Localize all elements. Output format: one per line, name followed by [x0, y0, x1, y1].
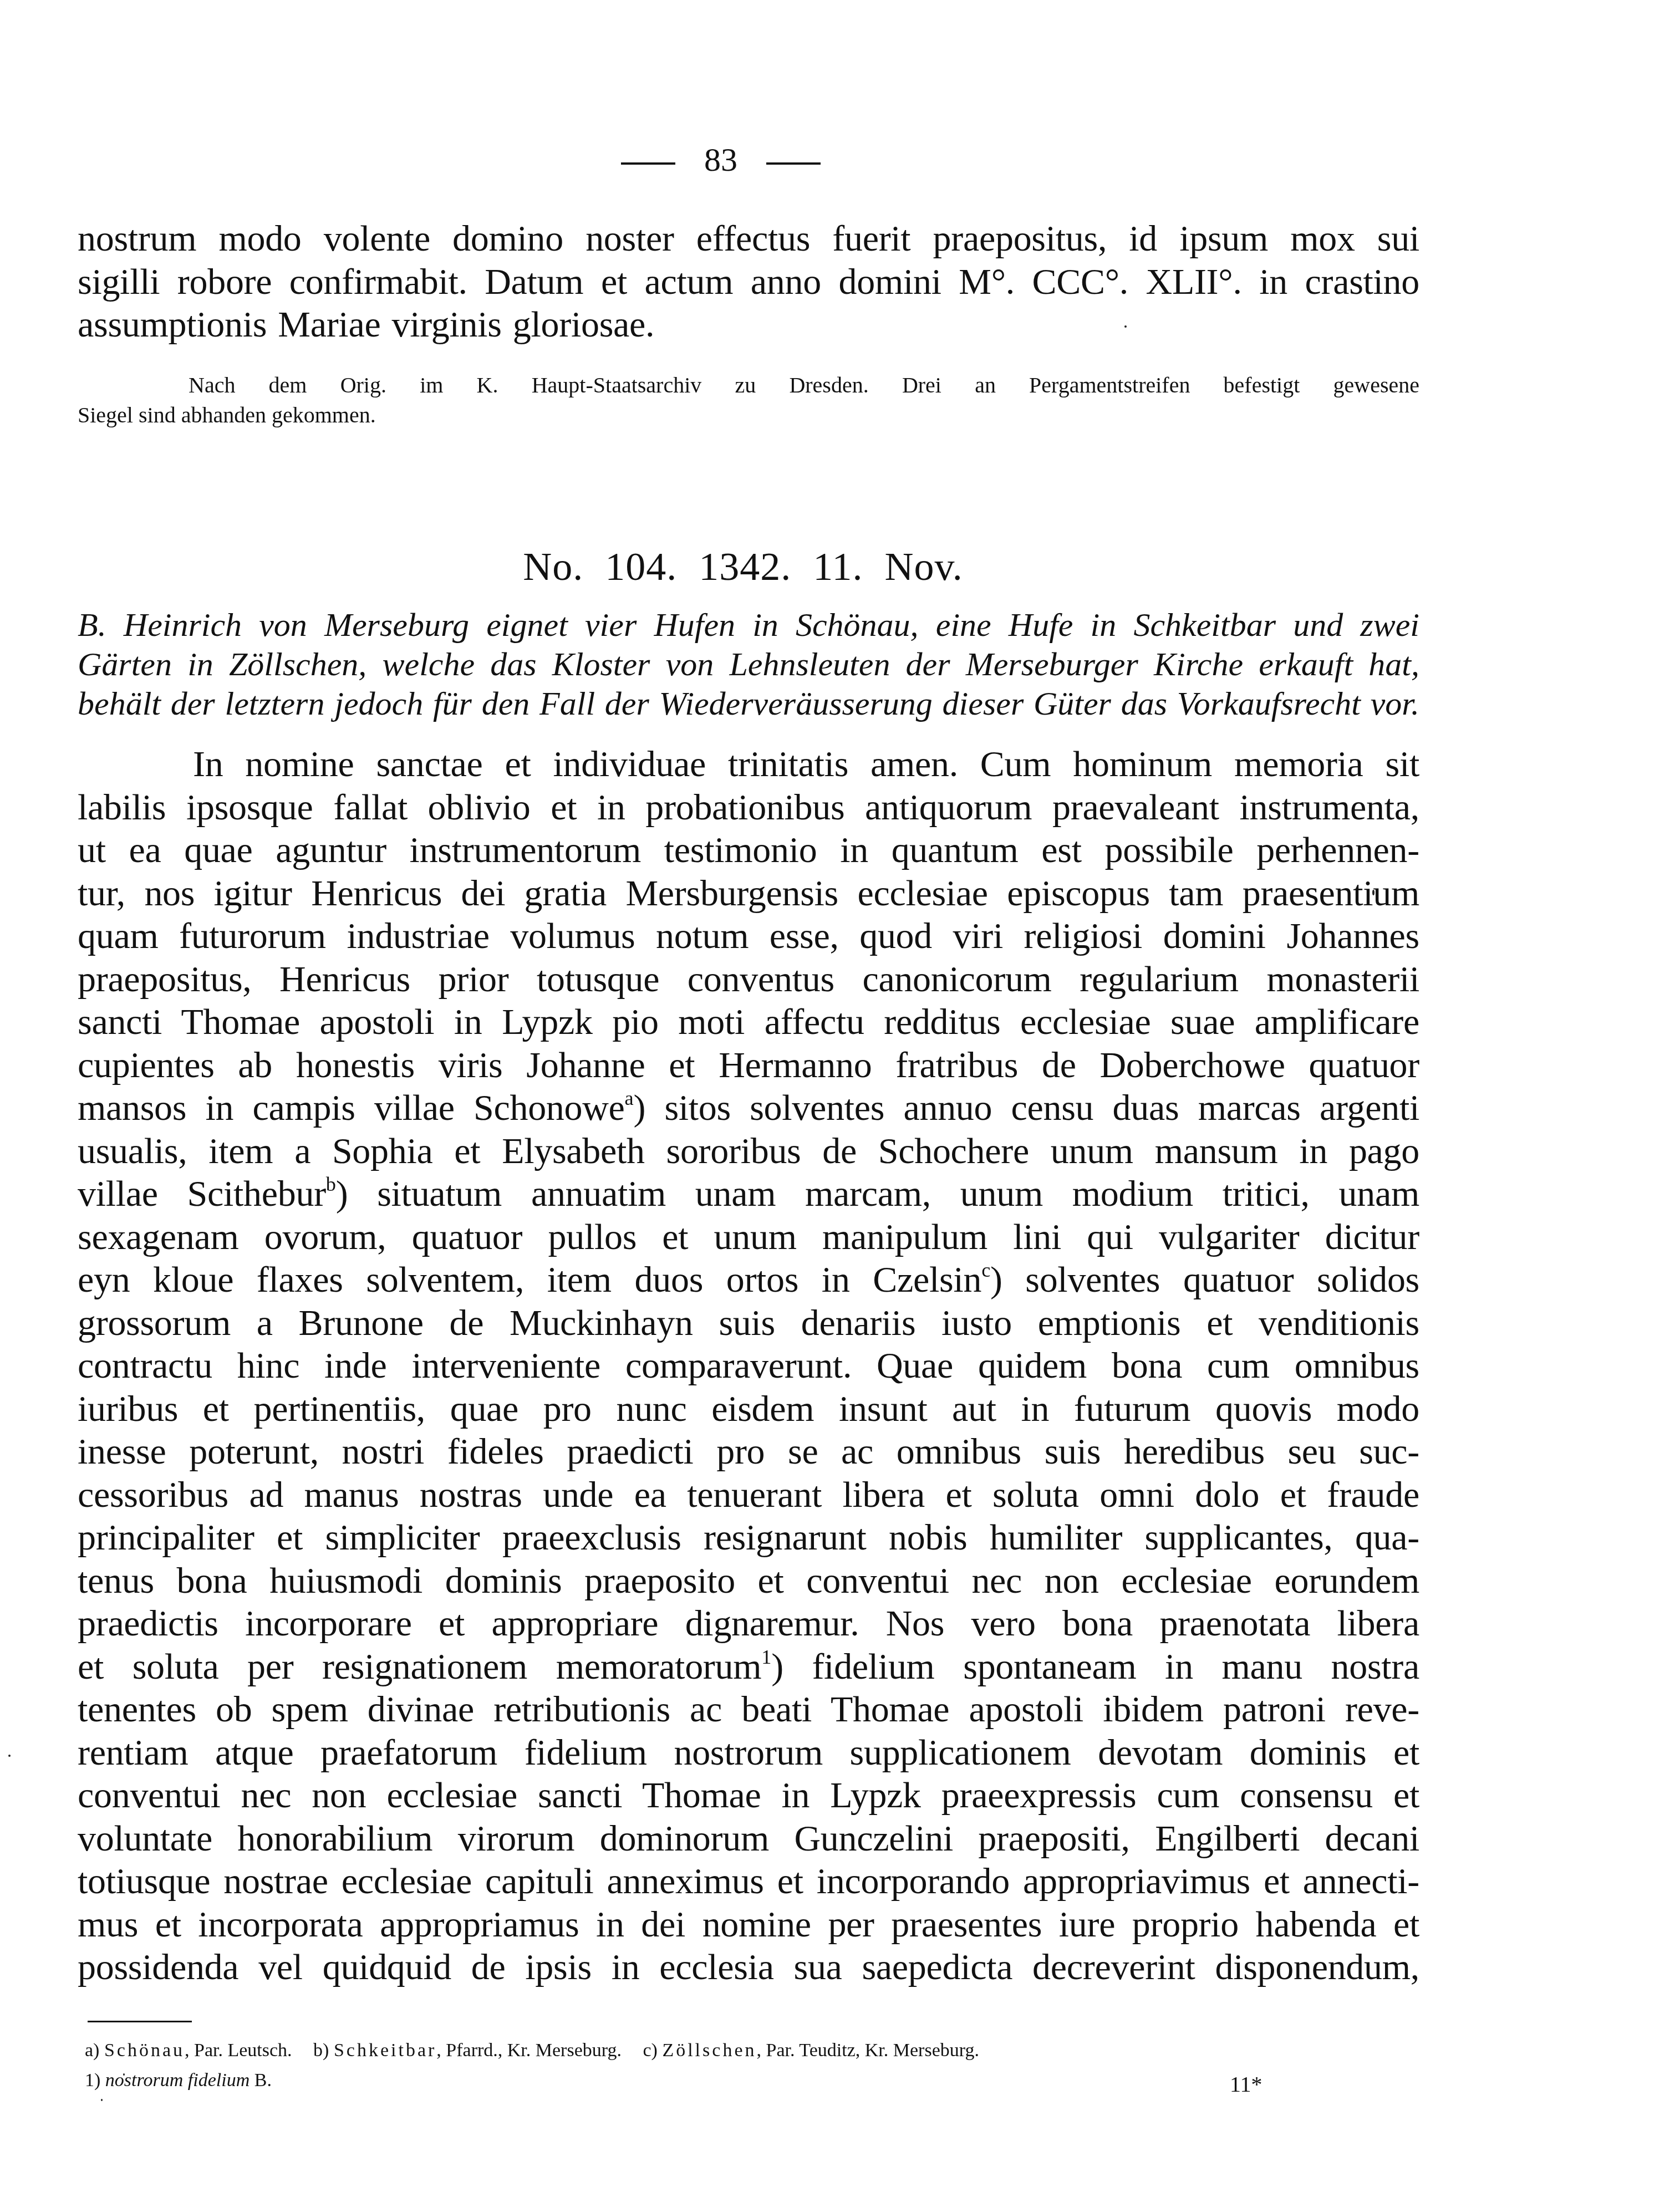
text-segment: ) situatum annuatim unam marcam, unum mo… — [336, 1174, 1419, 1214]
footnote-ref-c[interactable]: c — [981, 1259, 990, 1281]
text-line: cessoribus ad manus nostras unde ea tenu… — [78, 1474, 1419, 1517]
footnote-ref-a[interactable]: a — [625, 1087, 634, 1109]
text-segment: ) fidelium spontaneam in manu nostra — [771, 1647, 1419, 1687]
footnote-line-numbers: 1) nostrorum fidelium B. — [85, 2066, 1416, 2096]
document-heading: No. 104. 1342. 11. Nov. — [0, 544, 1486, 589]
text-line: possidenda vel quidquid de ipsis in eccl… — [78, 1946, 1419, 1989]
charter-text: In nomine sanctae et individuae trinitat… — [78, 743, 1419, 1989]
scan-speck — [1124, 325, 1127, 328]
text-line: In nomine sanctae et individuae trinitat… — [78, 743, 1419, 786]
text-line: voluntate honorabilium virorum dominorum… — [78, 1817, 1419, 1860]
text-line: principaliter et simpliciter praeexclusi… — [78, 1516, 1419, 1559]
footnote-b-label: b) — [313, 2040, 329, 2061]
text-line: tenus bona huiusmodi dominis praeposito … — [78, 1559, 1419, 1603]
footnote-a-text: , Par. Leutsch. — [185, 2040, 292, 2061]
text-line: cupientes ab honestis viris Johanne et H… — [78, 1044, 1419, 1087]
text-line: grossorum a Brunone de Muckinhayn suis d… — [78, 1302, 1419, 1345]
footnote-1-text: B. — [250, 2070, 272, 2091]
text-line: et soluta per resignationem memoratorum1… — [78, 1645, 1419, 1689]
text-line: tur, nos igitur Henricus dei gratia Mers… — [78, 872, 1419, 915]
text-line: usualis, item a Sophia et Elysabeth soro… — [78, 1130, 1419, 1173]
footnote-ref-b[interactable]: b — [326, 1173, 336, 1195]
footnote-c-text: , Par. Teuditz, Kr. Merseburg. — [756, 2040, 979, 2061]
footnote-b-text: , Pfarrd., Kr. Merseburg. — [436, 2040, 622, 2061]
footnote-ref-1[interactable]: 1 — [761, 1645, 771, 1668]
header-rule-right — [766, 162, 821, 165]
text-line: praepositus, Henricus prior totusque con… — [78, 958, 1419, 1001]
text-line: conventui nec non ecclesiae sancti Thoma… — [78, 1774, 1419, 1817]
regest-line: Gärten in Zöllschen, welche das Kloster … — [78, 645, 1419, 684]
text-line: quam futurorum industriae volumus notum … — [78, 915, 1419, 958]
text-line: iuribus et pertinentiis, quae pro nunc e… — [78, 1388, 1419, 1431]
footnote-line-letters: a) Schönau, Par. Leutsch. b) Schkeitbar,… — [85, 2036, 1416, 2066]
text-segment: ) solventes quatuor solidos — [990, 1260, 1419, 1300]
scan-speck — [123, 2073, 125, 2076]
regest-line: behält der letztern jedoch für den Fall … — [78, 684, 1419, 723]
footnote-1-label: 1) — [85, 2070, 100, 2091]
text-line: ut ea quae aguntur instrumentorum testim… — [78, 829, 1419, 872]
previous-document-text: nostrum modo volente domino noster effec… — [78, 217, 1419, 346]
book-page: 83 nostrum modo volente domino noster ef… — [0, 0, 1680, 2197]
footnote-b-place: Schkeitbar — [334, 2040, 436, 2061]
text-line: tenentes ob spem divinae retributionis a… — [78, 1688, 1419, 1731]
text-line: sigilli robore confirmabit. Datum et act… — [78, 261, 1419, 304]
footnote-1-variant: nostrorum fidelium — [105, 2070, 250, 2091]
header-rule-left — [621, 162, 675, 165]
text-segment: villae Scithebur — [78, 1174, 326, 1214]
source-note-line: Siegel sind abhanden gekommen. — [78, 400, 1419, 430]
text-segment: et soluta per resignationem memoratorum — [78, 1647, 761, 1687]
footnote-divider — [88, 2021, 192, 2022]
signature-mark: 11* — [1230, 2071, 1262, 2098]
text-segment: ) sitos solventes annuo censu duas marca… — [633, 1088, 1419, 1128]
text-line: rentiam atque praefatorum fidelium nostr… — [78, 1731, 1419, 1775]
scan-speck — [8, 1755, 11, 1757]
text-line: mansos in campis villae Schonowea) sitos… — [78, 1087, 1419, 1130]
regest-line: B. Heinrich von Merseburg eignet vier Hu… — [78, 605, 1419, 645]
text-line: nostrum modo volente domino noster effec… — [78, 217, 1419, 261]
text-line: totiusque nostrae ecclesiae capituli ann… — [78, 1860, 1419, 1903]
text-line: assumptionis Mariae virginis gloriosae. — [78, 303, 1419, 346]
text-line: sexagenam ovorum, quatuor pullos et unum… — [78, 1216, 1419, 1259]
footnote-c-place: Zöllschen — [662, 2040, 756, 2061]
text-line: sancti Thomae apostoli in Lypzk pio moti… — [78, 1001, 1419, 1044]
text-line: contractu hinc inde interveniente compar… — [78, 1344, 1419, 1388]
text-line: praedictis incorporare et appropriare di… — [78, 1602, 1419, 1645]
text-line: eyn kloue flaxes solventem, item duos or… — [78, 1258, 1419, 1302]
text-line: inesse poterunt, nostri fideles praedict… — [78, 1430, 1419, 1474]
document-regest: B. Heinrich von Merseburg eignet vier Hu… — [78, 605, 1419, 723]
text-line: labilis ipsosque fallat oblivio et in pr… — [78, 786, 1419, 829]
text-segment: eyn kloue flaxes solventem, item duos or… — [78, 1260, 981, 1300]
page-number: 83 — [704, 143, 737, 176]
source-note: Nach dem Orig. im K. Haupt-Staatsarchiv … — [78, 370, 1419, 430]
footnote-a-label: a) — [85, 2040, 99, 2061]
footnote-c-label: c) — [643, 2040, 657, 2061]
scan-speck — [101, 2099, 103, 2101]
footnotes: a) Schönau, Par. Leutsch. b) Schkeitbar,… — [85, 2036, 1416, 2096]
page-header: 83 — [0, 143, 1442, 176]
footnote-a-place: Schönau — [104, 2040, 185, 2061]
text-line: villae Scitheburb) situatum annuatim una… — [78, 1173, 1419, 1216]
scan-speck — [1372, 890, 1374, 895]
text-segment: mansos in campis villae Schonowe — [78, 1088, 625, 1128]
source-note-line: Nach dem Orig. im K. Haupt-Staatsarchiv … — [78, 370, 1419, 400]
text-line: mus et incorporata appropriamus in dei n… — [78, 1903, 1419, 1946]
